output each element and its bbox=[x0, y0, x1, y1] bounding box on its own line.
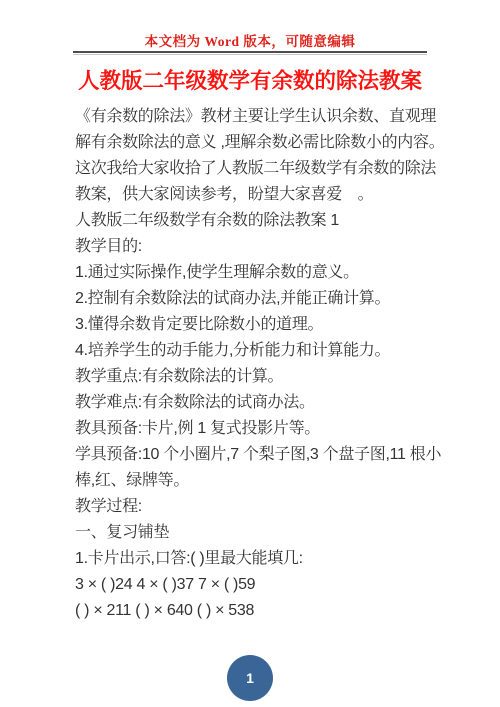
body-line: 这次我给大家收拾了人教版二年级数学有余数的除法 bbox=[75, 156, 435, 182]
body-line: 解有余数除法的意义 ,理解余数必需比除数小的内容。 bbox=[75, 130, 435, 156]
body-line: 3.懂得余数肯定要比除数小的道理。 bbox=[75, 312, 435, 338]
document-title: 人教版二年级数学有余数的除法教案 bbox=[0, 64, 500, 95]
body-line: 教具预备:卡片,例 1 复式投影片等。 bbox=[75, 416, 435, 442]
body-line: 1.通过实际操作,使学生理解余数的意义。 bbox=[75, 260, 435, 286]
body-line: 学具预备:10 个小圈片,7 个梨子图,3 个盘子图,11 根小 bbox=[75, 442, 435, 468]
body-line: 人教版二年级数学有余数的除法教案 1 bbox=[75, 208, 435, 234]
body-line: 棒,红、绿牌等。 bbox=[75, 468, 435, 494]
body-line: 教案，供大家阅读参考，盼望大家喜爱 。 bbox=[75, 182, 435, 208]
header-divider bbox=[73, 51, 427, 53]
body-line: 《有余数的除法》教材主要让学生认识余数、直观理 bbox=[75, 104, 435, 130]
body-line: 教学过程: bbox=[75, 494, 435, 520]
body-line: 2.控制有余数除法的试商办法,并能正确计算。 bbox=[75, 286, 435, 312]
document-body: 《有余数的除法》教材主要让学生认识余数、直观理解有余数除法的意义 ,理解余数必需… bbox=[75, 104, 435, 624]
body-line: ( ) × 211 ( ) × 640 ( ) × 538 bbox=[75, 598, 435, 624]
body-line: 教学目的: bbox=[75, 234, 435, 260]
page-number-badge: 1 bbox=[227, 655, 273, 701]
header-notice: 本文档为 Word 版本，可随意编辑 bbox=[0, 30, 500, 50]
word-document-page: 本文档为 Word 版本，可随意编辑 人教版二年级数学有余数的除法教案 《有余数… bbox=[0, 0, 500, 707]
body-line: 1.卡片出示,口答:( )里最大能填几: bbox=[75, 546, 435, 572]
page-number: 1 bbox=[246, 670, 254, 686]
body-line: 4.培养学生的动手能力,分析能力和计算能力。 bbox=[75, 338, 435, 364]
body-line: 教学重点:有余数除法的计算。 bbox=[75, 364, 435, 390]
body-line: 3 × ( )24 4 × ( )37 7 × ( )59 bbox=[75, 572, 435, 598]
body-line: 一、复习铺垫 bbox=[75, 520, 435, 546]
body-line: 教学难点:有余数除法的试商办法。 bbox=[75, 390, 435, 416]
header-divider-shadow bbox=[73, 54, 427, 55]
